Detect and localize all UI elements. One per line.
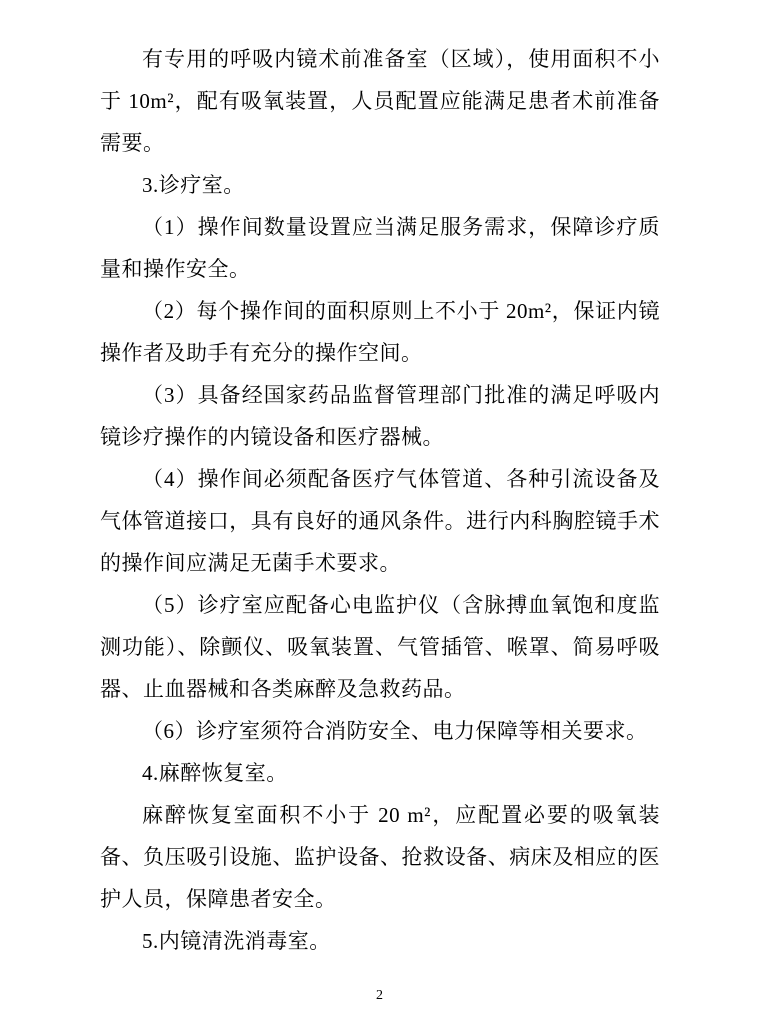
paragraph-3-1: （1）操作间数量设置应当满足服务需求，保障诊疗质量和操作安全。 <box>100 206 660 290</box>
paragraph-preop-room: 有专用的呼吸内镜术前准备室（区域），使用面积不小于 10m²，配有吸氧装置，人员… <box>100 38 660 164</box>
page-number: 2 <box>0 987 759 1005</box>
heading-item-4-anesthesia-recovery-room: 4.麻醉恢复室。 <box>100 752 660 794</box>
paragraph-3-6: （6）诊疗室须符合消防安全、电力保障等相关要求。 <box>100 710 660 752</box>
paragraph-4-body: 麻醉恢复室面积不小于 20 m²，应配置必要的吸氧装备、负压吸引设施、监护设备、… <box>100 794 660 920</box>
paragraph-3-3: （3）具备经国家药品监督管理部门批准的满足呼吸内镜诊疗操作的内镜设备和医疗器械。 <box>100 374 660 458</box>
paragraph-3-4: （4）操作间必须配备医疗气体管道、各种引流设备及气体管道接口，具有良好的通风条件… <box>100 458 660 584</box>
paragraph-3-2: （2）每个操作间的面积原则上不小于 20m²，保证内镜操作者及助手有充分的操作空… <box>100 290 660 374</box>
paragraph-3-5: （5）诊疗室应配备心电监护仪（含脉搏血氧饱和度监测功能）、除颤仪、吸氧装置、气管… <box>100 584 660 710</box>
heading-item-5-endoscope-cleaning-room: 5.内镜清洗消毒室。 <box>100 920 660 962</box>
heading-item-3-treatment-room: 3.诊疗室。 <box>100 164 660 206</box>
document-page: 有专用的呼吸内镜术前准备室（区域），使用面积不小于 10m²，配有吸氧装置，人员… <box>0 0 759 1033</box>
document-body: 有专用的呼吸内镜术前准备室（区域），使用面积不小于 10m²，配有吸氧装置，人员… <box>100 38 660 962</box>
